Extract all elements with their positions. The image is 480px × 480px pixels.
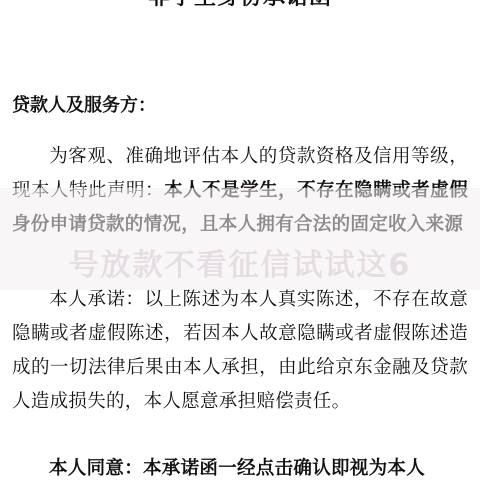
declaration-paragraph: 为客观、准确地评估本人的贷款资格及信用等级，现本人特此声明：本人不是学生，不存在… — [12, 140, 468, 242]
promise-paragraph: 本人承诺：以上陈述为本人真实陈述，不存在故意隐瞒或者虚假陈述，若因本人故意隐瞒或… — [12, 283, 468, 419]
commitment-letter-page: 非学生身份承诺函 贷款人及服务方： 为客观、准确地评估本人的贷款资格及信用等级，… — [0, 0, 480, 480]
watermark-text: 号放款不看征信试试这6 — [0, 240, 480, 284]
consent-text: 本人同意：本承诺函一经点击确认即视为本人 — [49, 458, 425, 479]
promise-text: 本人承诺：以上陈述为本人真实陈述，不存在故意隐瞒或者虚假陈述，若因本人故意隐瞒或… — [12, 289, 468, 412]
addressee-heading: 贷款人及服务方： — [12, 94, 156, 118]
consent-paragraph: 本人同意：本承诺函一经点击确认即视为本人 — [12, 452, 468, 480]
document-title: 非学生身份承诺函 — [0, 0, 480, 10]
